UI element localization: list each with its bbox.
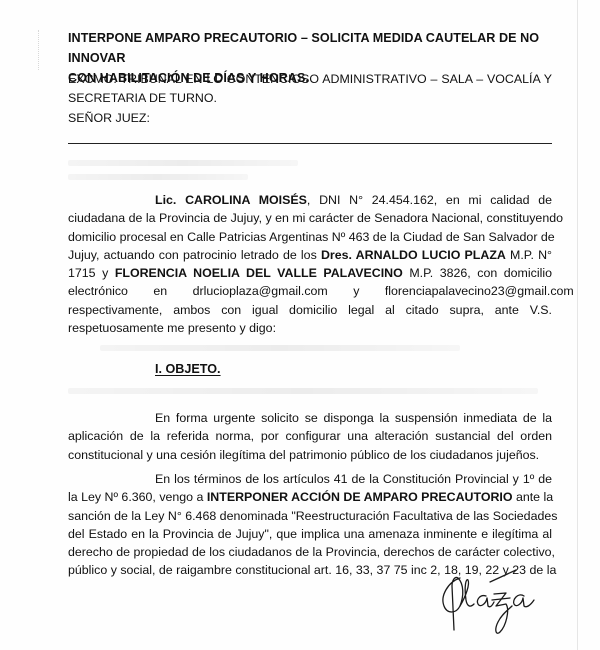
petitioner-name: Lic. CAROLINA MOISÉS — [155, 193, 307, 207]
scan-page-edge — [577, 0, 578, 650]
court-addressee: EXCMO. TRIBUNAL EN LO CONTENCIOSO ADMINI… — [68, 70, 552, 107]
amparo-line-1: En los términos de los artículos 41 de l… — [68, 470, 552, 488]
attorney-name-1: Dres. ARNALDO LUCIO PLAZA — [321, 248, 506, 262]
salutation: SEÑOR JUEZ: — [68, 109, 552, 127]
bleed-through — [68, 174, 248, 180]
scan-artifact — [38, 30, 41, 70]
intro-line-5: 1715 y FLORENCIA NOELIA DEL VALLE PALAVE… — [68, 264, 552, 282]
amparo-line-4: del Estado en la Provincia de Jujuy", qu… — [68, 525, 552, 543]
objeto-line-3: constitucional y una cesión ilegítima de… — [68, 446, 552, 464]
bleed-through — [68, 388, 538, 394]
title-line-1: INTERPONE AMPARO PRECAUTORIO – SOLICITA … — [68, 28, 552, 68]
intro-line-2: ciudadana de la Provincia de Jujuy, y en… — [68, 209, 552, 227]
header-divider — [68, 143, 552, 144]
action-statement: INTERPONER ACCIÓN DE AMPARO PRECAUTORIO — [207, 490, 513, 504]
intro-line-7: respectivamente, ambos con igual domicil… — [68, 301, 552, 319]
attorney-name-2: FLORENCIA NOELIA DEL VALLE PALAVECINO — [115, 266, 403, 280]
amparo-line-3: sanción de la Ley N° 6.468 denominada "R… — [68, 507, 552, 525]
section-heading-objeto: I. OBJETO. — [155, 362, 221, 376]
intro-line-3: domicilio procesal en Calle Patricias Ar… — [68, 228, 552, 246]
intro-line-4: Jujuy, actuando con patrocinio letrado d… — [68, 246, 552, 264]
intro-line-8: respetuosamente me presento y digo: — [68, 319, 552, 337]
amparo-line-5: derecho de propiedad de los ciudadanos d… — [68, 543, 552, 561]
amparo-paragraph: En los términos de los artículos 41 de l… — [68, 470, 552, 580]
objeto-line-2: aplicación de la referida norma, por con… — [68, 427, 552, 445]
document-page: INTERPONE AMPARO PRECAUTORIO – SOLICITA … — [0, 0, 600, 650]
amparo-line-2: la Ley Nº 6.360, vengo a INTERPONER ACCI… — [68, 488, 552, 506]
objeto-paragraph: En forma urgente solicito se disponga la… — [68, 409, 552, 464]
court-line-2: SECRETARIA DE TURNO. — [68, 91, 217, 105]
intro-line-1: Lic. CAROLINA MOISÉS, DNI N° 24.454.162,… — [68, 191, 552, 209]
handwritten-signature-icon — [430, 566, 550, 641]
court-line-1: EXCMO. TRIBUNAL EN LO CONTENCIOSO ADMINI… — [68, 70, 552, 89]
objeto-line-1: En forma urgente solicito se disponga la… — [68, 409, 552, 427]
bleed-through — [68, 160, 298, 166]
intro-paragraph: Lic. CAROLINA MOISÉS, DNI N° 24.454.162,… — [68, 191, 552, 337]
intro-line-6-emails: electrónico en drlucioplaza@gmail.com y … — [68, 282, 552, 300]
bleed-through — [100, 345, 460, 351]
